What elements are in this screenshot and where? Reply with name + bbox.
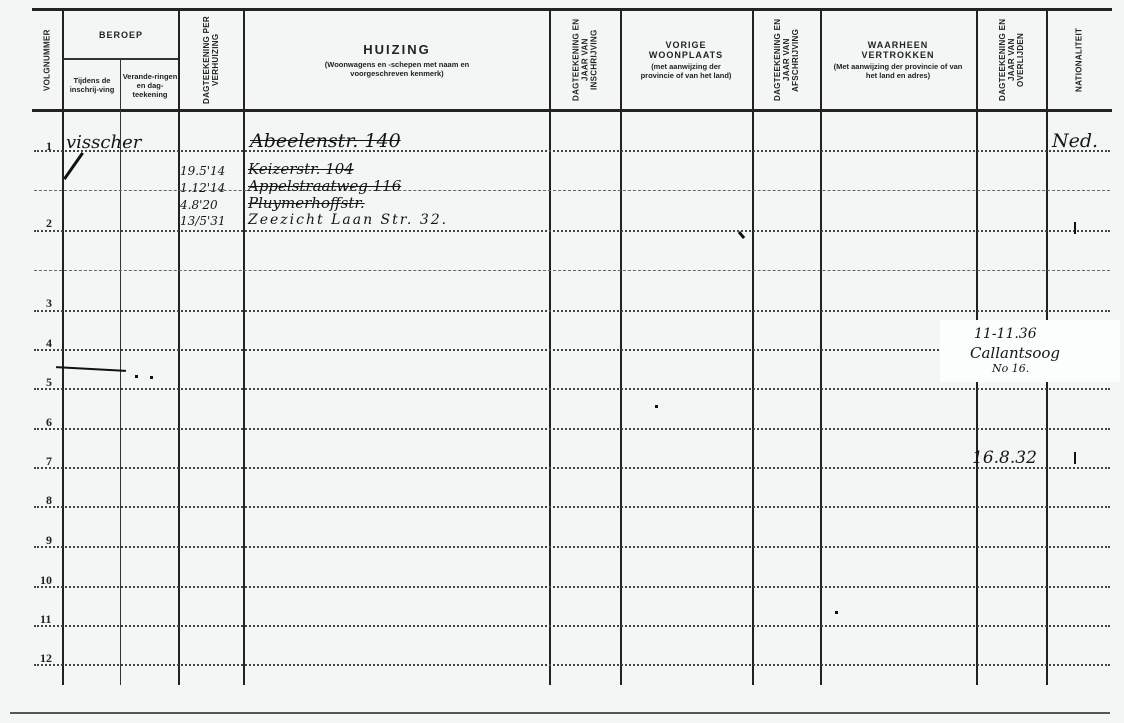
header-waarheen-vertrokken: WAARHEEN VERTROKKEN (Met aanwijzing der … [822,14,974,106]
col-line [178,10,180,685]
row-number: 5 [46,375,52,390]
address-entry-1: Abeelenstr. 140 [250,130,401,152]
stray-tick [1074,222,1076,234]
row-line [34,230,1110,232]
waarheen-title: WAARHEEN VERTROKKEN [853,40,943,60]
row-number: 12 [40,651,52,666]
move-date-3: 4.8'20 [180,198,218,212]
col-line [549,10,551,685]
row-line [34,664,1110,666]
col-line [820,10,822,685]
address-entry-2: Keizerstr. 104 [248,160,354,178]
waarheen-subtitle: (Met aanwijzing der provincie of van het… [833,62,963,80]
overlijden-annotation: 11-11.36 Callantsoog No 16. [940,320,1120,382]
header-dagteekening-inschrijving: DAGTEEKENING EN JAAR VAN INSCHRIJVING [552,14,618,106]
row-number: 10 [40,573,52,588]
top-border [32,8,1112,11]
header-beroep-veranderingen: Verande-ringen en dag-teekening [122,62,178,108]
header-volgnummer: VOLGNUMMER [34,14,60,106]
address-entry-4: Pluymerhoffstr. [248,194,365,212]
overlijden-place: Callantsoog [970,344,1060,362]
overlijden-row7-entry: 16.8.32 [972,448,1037,468]
row-line [34,150,1110,152]
header-dagteekening-afschrijving: DAGTEEKENING EN JAAR VAN AFSCHRIJVING [755,14,818,106]
row-line [34,310,1110,312]
row-number: 6 [46,415,52,430]
stray-dot [150,376,153,379]
header-dagteekening-verhuizing: DAGTEEKENING PER VERHUIZING [182,14,240,106]
row-number: 4 [46,336,52,351]
overlijden-number: No 16. [992,362,1029,375]
header-nationaliteit: NATIONALITEIT [1050,14,1108,106]
row-number: 7 [46,454,52,469]
row-line [34,428,1110,430]
huizing-title: HUIZING [363,42,430,57]
row-line [34,270,1110,271]
registration-card: VOLGNUMMER BEROEP Tijdens de inschrij-vi… [0,0,1124,723]
stray-mark [738,231,745,239]
row-number: 2 [46,216,52,231]
pen-stroke [63,152,84,180]
row-number: 8 [46,493,52,508]
overlijden-date: 11-11.36 [974,326,1037,342]
row-line [34,388,1110,390]
nationaliteit-entry: Ned. [1052,130,1098,152]
row-number: 1 [46,139,52,154]
vorige-subtitle: (met aanwijzing der provincie of van het… [636,62,736,80]
row-line [34,467,1110,469]
move-date-1: 19.5'14 [180,164,225,178]
header-beroep-tijdens: Tijdens de inschrij-ving [64,62,120,108]
beroep-entry: visscher [66,132,141,153]
header-dagteekening-overlijden: DAGTEEKENING EN JAAR VAN OVERLIJDEN [979,14,1044,106]
move-date-2: 1.12'14 [180,181,225,195]
col-line [752,10,754,685]
row-number: 3 [46,296,52,311]
move-date-4: 13/5'31 [180,214,226,228]
header-vorige-woonplaats: VORIGE WOONPLAATS (met aanwijzing der pr… [622,14,750,106]
row-line [34,586,1110,588]
row-number: 9 [46,533,52,548]
address-entry-5: Zeezicht Laan Str. 32. [248,212,448,228]
bottom-border [10,712,1110,714]
col-line [62,10,64,685]
row-line [34,506,1110,508]
row-number: 11 [40,612,51,627]
stray-dot [135,375,138,378]
address-entry-3: Appelstraatweg 116 [248,177,401,195]
stray-dot [835,611,838,614]
row-line [34,625,1110,627]
huizing-subtitle: (Woonwagens en -schepen met naam en voor… [302,60,492,78]
col-line [620,10,622,685]
col-line [243,10,245,685]
col-line [120,60,121,685]
stray-dot [655,405,658,408]
row-line [34,546,1110,548]
vorige-title: VORIGE WOONPLAATS [641,40,731,60]
header-bottom-border [32,109,1112,112]
header-huizing: HUIZING (Woonwagens en -schepen met naam… [246,14,548,106]
stray-dash [56,366,126,372]
header-beroep: BEROEP [64,14,178,56]
stray-tick [1074,452,1076,464]
beroep-divider [63,58,178,60]
